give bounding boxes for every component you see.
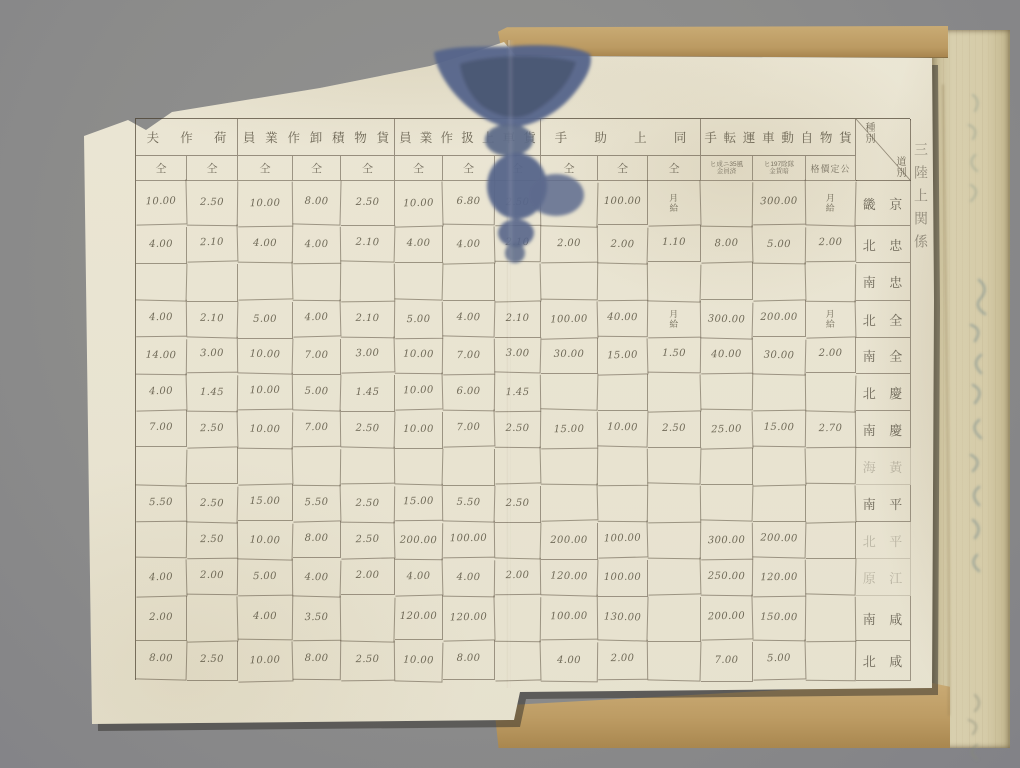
table-data-cell <box>648 522 701 560</box>
table-data-cell: 1.45 <box>495 375 541 413</box>
scanned-ledger-page: 夫作荷員業作卸積物貨員業作扱上車貨手助上同手転運車動自物貨種別道別仝仝仝仝仝仝仝… <box>0 0 1020 768</box>
table-data-cell: 4.00 <box>443 299 496 337</box>
table-data-cell: 10.00 <box>395 412 443 449</box>
table-data-cell <box>598 263 648 302</box>
table-data-cell <box>238 447 294 485</box>
table-data-cell <box>753 485 806 522</box>
table-data-cell <box>806 485 857 523</box>
corner-cell: 種別道別 <box>856 119 911 181</box>
table-data-cell: 10.00 <box>395 372 444 410</box>
table-data-cell <box>293 449 341 487</box>
table-data-cell: 2.50 <box>495 411 541 449</box>
table-data-cell: 10.00 <box>238 337 294 374</box>
row-label-cell: 原 江 <box>856 559 911 596</box>
table-data-cell <box>341 447 395 485</box>
table-data-cell: 2.50 <box>187 485 239 523</box>
table-data-cell: 15.00 <box>541 412 598 450</box>
corner-label-kind: 種別 <box>861 122 876 144</box>
table-data-cell: 200.00 <box>753 300 806 337</box>
table-data-cell: 4.00 <box>136 373 188 411</box>
table-data-cell: 3.00 <box>495 336 542 373</box>
table-data-cell: 100.00 <box>598 520 649 558</box>
table-data-cell <box>136 521 187 559</box>
row-label-cell: 南 慶 <box>856 411 911 448</box>
group-header-char: 員 <box>395 128 416 146</box>
table-data-cell: 月 給 <box>805 180 856 226</box>
group-header-char: 物 <box>349 128 371 146</box>
table-data-cell: 15.00 <box>238 484 293 521</box>
table-data-cell: 120.00 <box>442 595 495 641</box>
table-data-cell: 14.00 <box>136 339 187 376</box>
table-data-cell: 月 給 <box>806 300 857 338</box>
table-data-cell: 8.00 <box>292 179 341 225</box>
group-header-char: 積 <box>327 128 349 146</box>
table-data-cell: 1.45 <box>341 375 395 412</box>
table-data-cell: 120.00 <box>753 560 806 598</box>
table-data-cell <box>395 447 444 485</box>
table-data-cell <box>541 448 598 486</box>
bleed-through-writing <box>935 55 1015 767</box>
table-data-cell: 4.00 <box>443 560 495 598</box>
group-header-char: 車 <box>759 128 778 146</box>
row-label-cell: 海 黃 <box>856 448 911 485</box>
table-data-cell <box>598 485 648 523</box>
row-label-cell: 南 平 <box>856 485 911 522</box>
table-data-cell <box>753 448 807 486</box>
side-note: 三陸上関係 <box>911 142 931 257</box>
table-data-cell: 120.00 <box>395 595 443 640</box>
table-group-header: 手転運車動自物貨 <box>701 119 856 156</box>
table-subheader-cell: 仝 <box>187 156 238 181</box>
table-data-cell: 200.00 <box>541 523 598 560</box>
table-data-cell <box>701 182 754 228</box>
table-data-cell: 4.00 <box>238 226 293 264</box>
table-data-cell <box>341 264 395 303</box>
table-data-cell: 2.10 <box>187 300 239 338</box>
table-data-cell: 2.70 <box>806 411 856 449</box>
table-data-cell: 10.00 <box>238 641 294 682</box>
table-data-cell: 6.00 <box>443 374 495 412</box>
table-data-cell: 100.00 <box>541 301 599 339</box>
table-data-cell: 2.00 <box>187 558 238 596</box>
table-data-cell: 10.00 <box>598 409 649 447</box>
group-header-char: 上 <box>621 128 661 146</box>
table-subheader-cell: ヒ成ニ35風 金員済 <box>701 156 753 181</box>
table-data-cell: 100.00 <box>598 560 648 597</box>
table-data-cell <box>753 374 806 412</box>
table-data-cell <box>648 374 702 412</box>
group-header-char: 作 <box>170 128 204 146</box>
table-data-cell: 4.00 <box>293 227 341 265</box>
table-data-cell: 5.00 <box>238 559 293 597</box>
table-data-cell: 8.00 <box>136 639 188 680</box>
table-data-cell: 25.00 <box>701 411 754 449</box>
table-data-cell: 4.00 <box>293 559 342 597</box>
table-subheader-cell: 仝 <box>293 156 341 181</box>
table-data-cell: 130.00 <box>597 595 648 641</box>
table-data-cell: 200.00 <box>700 594 753 640</box>
group-header-char: 貨 <box>372 128 394 146</box>
table-subheader-cell: 仝 <box>648 156 701 181</box>
table-data-cell: 5.50 <box>136 485 187 523</box>
table-data-cell <box>806 522 856 559</box>
table-data-cell <box>495 640 542 681</box>
table-data-cell <box>598 449 648 487</box>
table-data-cell <box>753 262 807 301</box>
table-data-cell: 5.50 <box>443 484 496 522</box>
table-data-cell: 2.10 <box>341 224 396 262</box>
table-data-cell <box>186 596 238 642</box>
table-data-cell: 7.00 <box>443 409 496 447</box>
table-data-cell: 100.00 <box>443 521 495 559</box>
group-header-char: 物 <box>817 128 836 146</box>
table-data-cell: 2.50 <box>341 181 395 226</box>
table-data-cell: 40.00 <box>598 300 648 338</box>
table-data-cell <box>701 483 754 521</box>
table-data-cell <box>443 263 495 301</box>
row-label-cell: 北 平 <box>856 522 911 559</box>
table-data-cell <box>136 448 188 486</box>
table-data-cell <box>648 640 702 681</box>
table-data-cell: 2.50 <box>341 486 395 524</box>
table-data-cell <box>701 448 753 485</box>
group-header-char: 業 <box>260 128 282 146</box>
table-data-cell <box>648 557 702 595</box>
group-header-char: 夫 <box>136 128 170 146</box>
table-data-cell: 8.00 <box>293 640 341 681</box>
table-data-cell: 10.00 <box>394 641 443 682</box>
table-data-cell: 5.00 <box>395 302 443 340</box>
table-data-cell: 150.00 <box>753 596 807 642</box>
table-data-cell <box>648 263 702 302</box>
table-data-cell: 7.00 <box>293 339 341 375</box>
table-data-cell: 250.00 <box>701 559 753 597</box>
table-data-cell <box>648 446 702 484</box>
table-data-cell: 2.10 <box>187 224 239 262</box>
group-header-char: 自 <box>797 128 816 146</box>
table-data-cell: 2.50 <box>187 410 239 448</box>
table-data-cell: 4.00 <box>136 300 187 338</box>
table-group-header: 夫作荷 <box>136 119 238 156</box>
group-header-char: 動 <box>778 128 797 146</box>
table-data-cell: 5.00 <box>752 639 806 680</box>
table-data-cell: 200.00 <box>753 520 807 558</box>
table-data-cell <box>806 447 856 485</box>
table-data-cell: 7.00 <box>443 339 495 376</box>
table-data-cell: 4.00 <box>293 299 342 337</box>
table-data-cell: 10.00 <box>135 179 187 225</box>
row-label-cell: 北 全 <box>856 301 911 338</box>
table-data-cell: 2.50 <box>187 641 238 681</box>
table-data-cell: 4.00 <box>238 595 294 641</box>
table-data-cell: 4.00 <box>136 227 187 264</box>
table-data-cell <box>598 374 648 411</box>
row-label-cell: 南 忠 <box>856 263 911 301</box>
table-data-cell <box>495 597 542 643</box>
ink-blot <box>420 40 610 268</box>
table-data-cell <box>340 596 395 642</box>
table-data-cell: 2.50 <box>341 521 396 559</box>
table-data-cell: 300.00 <box>701 523 753 561</box>
table-data-cell: 15.00 <box>753 410 806 448</box>
table-data-cell: 2.00 <box>495 558 541 596</box>
table-data-cell: 200.00 <box>395 523 443 561</box>
group-header-char: 荷 <box>203 128 237 146</box>
table-data-cell: 10.00 <box>395 338 443 375</box>
table-data-cell <box>187 264 238 302</box>
table-data-cell: 2.00 <box>806 225 856 263</box>
table-data-cell: 2.00 <box>341 558 395 595</box>
table-data-cell <box>541 372 599 410</box>
group-header-char: 貨 <box>836 128 855 146</box>
table-group-header: 員業作卸積物貨 <box>238 119 395 156</box>
table-data-cell: 15.00 <box>395 484 443 522</box>
table-data-cell: 月 給 <box>648 301 701 339</box>
table-data-cell <box>806 641 856 682</box>
table-data-cell: 300.00 <box>753 180 807 226</box>
table-data-cell: 2.00 <box>598 640 648 681</box>
table-data-cell: 10.00 <box>238 522 294 560</box>
table-data-cell <box>495 521 542 559</box>
table-data-cell: 月 給 <box>647 180 701 226</box>
table-data-cell <box>495 263 542 302</box>
table-data-cell: 3.00 <box>341 336 396 373</box>
table-data-cell: 10.00 <box>238 182 294 228</box>
table-data-cell: 1.50 <box>648 337 701 374</box>
table-data-cell: 4.00 <box>395 558 444 596</box>
table-data-cell: 4.00 <box>541 642 598 683</box>
table-data-cell: 2.50 <box>495 486 541 523</box>
table-data-cell <box>806 557 857 595</box>
corner-label-province: 道別 <box>892 156 907 178</box>
table-data-cell: 2.00 <box>136 596 187 641</box>
table-data-cell: 2.50 <box>341 641 395 682</box>
table-data-cell: 100.00 <box>541 595 599 641</box>
group-header-char: 手 <box>701 128 720 146</box>
table-data-cell: 2.00 <box>806 337 856 373</box>
table-subheader-cell: 仝 <box>341 156 395 181</box>
table-data-cell: 15.00 <box>598 338 649 375</box>
table-data-cell: 2.50 <box>341 410 396 448</box>
table-subheader-cell: 仝 <box>136 156 187 181</box>
table-data-cell <box>187 447 238 484</box>
table-data-cell: 2.10 <box>495 301 541 338</box>
table-data-cell <box>806 597 857 643</box>
table-data-cell: 8.00 <box>293 521 341 558</box>
table-data-cell: 7.00 <box>293 410 341 448</box>
table-data-cell <box>806 264 856 303</box>
table-data-cell: 1.10 <box>648 225 701 262</box>
table-data-cell <box>443 449 495 486</box>
table-data-cell: 2.50 <box>187 522 238 560</box>
table-data-cell <box>701 262 753 300</box>
group-header-char: 卸 <box>305 128 327 146</box>
group-header-char: 同 <box>660 128 700 146</box>
table-data-cell: 30.00 <box>753 338 807 375</box>
table-data-cell <box>648 486 701 524</box>
table-data-cell: 300.00 <box>701 301 754 339</box>
table-data-cell: 40.00 <box>701 338 753 375</box>
table-data-cell <box>648 597 701 642</box>
table-data-cell: 4.00 <box>136 559 188 597</box>
table-subheader-cell: 格價定公 <box>806 156 856 181</box>
table-data-cell <box>238 261 294 300</box>
group-header-char: 員 <box>238 128 260 146</box>
table-data-cell: 8.00 <box>701 225 754 263</box>
row-label-cell: 北 慶 <box>856 374 911 411</box>
row-label-cell: 畿 京 <box>856 181 911 226</box>
table-data-cell <box>701 373 753 411</box>
group-header-char: 作 <box>283 128 305 146</box>
group-header-char: 運 <box>740 128 759 146</box>
table-data-cell: 5.50 <box>293 484 342 522</box>
table-data-cell: 120.00 <box>541 558 599 596</box>
table-subheader-cell: 仝 <box>238 156 293 181</box>
table-data-cell <box>136 262 188 301</box>
table-data-cell: 3.00 <box>187 337 238 374</box>
table-data-cell: 1.45 <box>187 375 238 413</box>
table-data-cell <box>541 483 599 521</box>
table-data-cell: 10.00 <box>238 412 293 450</box>
table-data-cell: 8.00 <box>443 640 495 680</box>
row-label-cell: 南 咸 <box>856 596 911 641</box>
table-data-cell: 30.00 <box>541 338 598 374</box>
group-header-char: 転 <box>720 128 739 146</box>
table-data-cell: 7.00 <box>136 410 187 447</box>
table-data-cell: 10.00 <box>238 373 293 411</box>
row-label-cell: 北 忠 <box>856 226 911 263</box>
table-data-cell <box>495 446 542 484</box>
table-data-cell <box>806 374 857 412</box>
table-data-cell: 3.50 <box>293 596 342 642</box>
table-subheader-cell: ヒ197除隊 金賃暗 <box>753 156 806 181</box>
table-data-cell: 7.00 <box>701 642 753 682</box>
table-data-cell <box>293 263 341 302</box>
table-data-cell: 5.00 <box>753 227 806 265</box>
table-data-cell: 2.50 <box>187 181 239 227</box>
table-data-cell: 5.00 <box>238 302 293 339</box>
row-label-cell: 南 全 <box>856 338 911 374</box>
table-data-cell: 5.00 <box>293 373 342 411</box>
table-data-cell: 2.50 <box>648 411 701 448</box>
table-data-cell: 2.10 <box>341 301 395 339</box>
row-label-cell: 北 咸 <box>856 641 911 681</box>
